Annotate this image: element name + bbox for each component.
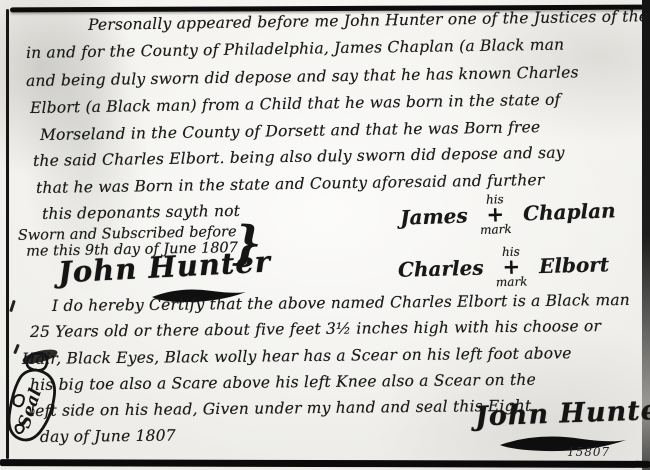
charles-his-mark: his + mark <box>495 245 528 288</box>
scanned-document-page: Personally appeared before me John Hunte… <box>0 0 650 470</box>
charles-mark-label: mark <box>496 275 528 288</box>
certification-line-4: his big toe also a Scare above his left … <box>30 371 536 394</box>
deposition-line-5: Morseland in the County of Dorsett and t… <box>40 118 541 144</box>
seal-scribble: Seal <box>2 348 68 452</box>
james-cross-mark-icon: + <box>486 205 504 223</box>
james-last-name: Chaplan <box>523 198 616 225</box>
james-his-mark: his + mark <box>479 193 512 236</box>
deposition-line-6: the said Charles Elbort. being also duly… <box>33 144 565 170</box>
certification-line-5: left side on his head, Given under my ha… <box>30 397 532 420</box>
james-mark-label: mark <box>480 223 512 236</box>
certification-line-3: Hair, Black Eyes, Black wolly hear has a… <box>22 344 572 368</box>
deposition-line-8: this deponants sayth not <box>42 202 240 223</box>
charles-cross-mark-icon: + <box>502 258 520 276</box>
ink-speck <box>9 300 16 312</box>
closing-signature-john-hunter: John Hunter <box>475 395 650 433</box>
seal-label: Seal <box>14 386 46 431</box>
james-first-name: James <box>400 203 468 229</box>
deposition-line-3: and being duly sworn did depose and say … <box>26 63 579 90</box>
deposition-line-2: in and for the County of Philadelphia, J… <box>26 36 565 62</box>
charles-last-name: Elbort <box>539 252 610 278</box>
deposition-line-7: that he was Born in the state and County… <box>36 171 545 197</box>
scan-edge-bottom <box>0 459 650 468</box>
james-chaplan-mark-signature: James his + mark Chaplan <box>399 189 616 238</box>
document-number: 15807 <box>567 445 610 459</box>
certification-line-2: 25 Years old or there about five feet 3½… <box>30 317 601 341</box>
deposition-line-4: Elbort (a Black man) from a Child that h… <box>30 91 561 117</box>
charles-first-name: Charles <box>398 255 484 281</box>
charles-elbort-mark-signature: Charles his + mark Elbort <box>397 243 609 290</box>
certification-line-1: I do hereby Certify that the above named… <box>52 291 630 315</box>
